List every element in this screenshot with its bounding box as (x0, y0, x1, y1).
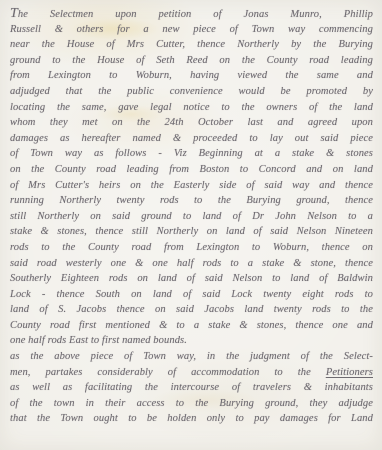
manuscript-line-text: still Northerly on said ground to land o… (10, 211, 373, 222)
manuscript-line-text: Southerly Eighteen rods on land of said … (10, 273, 373, 284)
manuscript-line-text: of the town in their access to the Buryi… (10, 398, 373, 409)
manuscript-line-text: County road first mentioned & to a stake… (10, 320, 373, 331)
manuscript-line-text: stake & stones, thence still Northerly o… (10, 226, 373, 237)
manuscript-line-text: damages as hereafter named & proceeded t… (10, 133, 373, 144)
manuscript-line: on the County road leading from Boston t… (10, 162, 373, 178)
manuscript-line: of Town way as follows - Viz Beginning a… (10, 146, 373, 162)
manuscript-line: one half rods East to first named bounds… (10, 333, 373, 349)
manuscript-line-text: men, partakes considerably of accommodat… (10, 367, 373, 378)
manuscript-line: as well as facilitating the intercourse … (10, 380, 373, 396)
manuscript-line: still Northerly on said ground to land o… (10, 209, 373, 225)
manuscript-text: The Selectmen upon petition of Jonas Mun… (10, 6, 373, 427)
manuscript-line: County road first mentioned & to a stake… (10, 318, 373, 334)
manuscript-line-text: as the above piece of Town way, in the j… (10, 351, 373, 362)
manuscript-line: land of S. Jacobs thence on said Jacobs … (10, 302, 373, 318)
manuscript-line-text: ground to the House of Seth Reed on the … (10, 55, 373, 66)
manuscript-line-text: said road westerly one & one half rods t… (10, 258, 373, 269)
manuscript-line: said road westerly one & one half rods t… (10, 256, 373, 272)
manuscript-line: stake & stones, thence still Northerly o… (10, 224, 373, 240)
manuscript-line-text: land of S. Jacobs thence on said Jacobs … (10, 304, 373, 315)
manuscript-line: Russell & others for a new piece of Town… (10, 22, 373, 38)
manuscript-line-text: that the Town ought to be holden only to… (10, 413, 373, 424)
manuscript-line: as the above piece of Town way, in the j… (10, 349, 373, 365)
manuscript-line-text: adjudged that the public convenience wou… (10, 86, 373, 97)
manuscript-line: The Selectmen upon petition of Jonas Mun… (10, 6, 373, 22)
manuscript-line-text: near the House of Mrs Cutter, thence Nor… (10, 39, 373, 50)
manuscript-line-text: on the County road leading from Boston t… (10, 164, 373, 175)
manuscript-line: Southerly Eighteen rods on land of said … (10, 271, 373, 287)
manuscript-line: of Mrs Cutter's heirs on the Easterly si… (10, 178, 373, 194)
manuscript-page: The Selectmen upon petition of Jonas Mun… (0, 0, 382, 450)
manuscript-line: damages as hereafter named & proceeded t… (10, 131, 373, 147)
manuscript-line-text: whom they met on the 24th October last a… (10, 117, 373, 128)
manuscript-line: running Northerly twenty rods to the Bur… (10, 193, 373, 209)
manuscript-line-text: from Lexington to Woburn, having viewed … (10, 70, 373, 81)
manuscript-line-text: of Town way as follows - Viz Beginning a… (10, 148, 373, 159)
manuscript-line-text: as well as facilitating the intercourse … (10, 382, 373, 393)
manuscript-line: from Lexington to Woburn, having viewed … (10, 68, 373, 84)
manuscript-line: Lock - thence South on land of said Lock… (10, 287, 373, 303)
manuscript-line-text: rods to the County road from Lexington t… (10, 242, 373, 253)
manuscript-line: of the town in their access to the Buryi… (10, 396, 373, 412)
manuscript-line-text: The Selectmen upon petition of Jonas Mun… (10, 9, 373, 20)
manuscript-line: men, partakes considerably of accommodat… (10, 365, 373, 381)
manuscript-line: adjudged that the public convenience wou… (10, 84, 373, 100)
manuscript-line: locating the same, gave legal notice to … (10, 100, 373, 116)
manuscript-line: near the House of Mrs Cutter, thence Nor… (10, 37, 373, 53)
manuscript-line-text: running Northerly twenty rods to the Bur… (10, 195, 373, 206)
manuscript-line-text: one half rods East to first named bounds… (10, 335, 187, 346)
manuscript-line-text: Russell & others for a new piece of Town… (10, 24, 373, 35)
manuscript-line-text: of Mrs Cutter's heirs on the Easterly si… (10, 180, 373, 191)
manuscript-line: that the Town ought to be holden only to… (10, 411, 373, 427)
manuscript-line-text: Lock - thence South on land of said Lock… (10, 289, 373, 300)
manuscript-line: whom they met on the 24th October last a… (10, 115, 373, 131)
manuscript-line: ground to the House of Seth Reed on the … (10, 53, 373, 69)
manuscript-line: rods to the County road from Lexington t… (10, 240, 373, 256)
manuscript-line-text: locating the same, gave legal notice to … (10, 102, 373, 113)
